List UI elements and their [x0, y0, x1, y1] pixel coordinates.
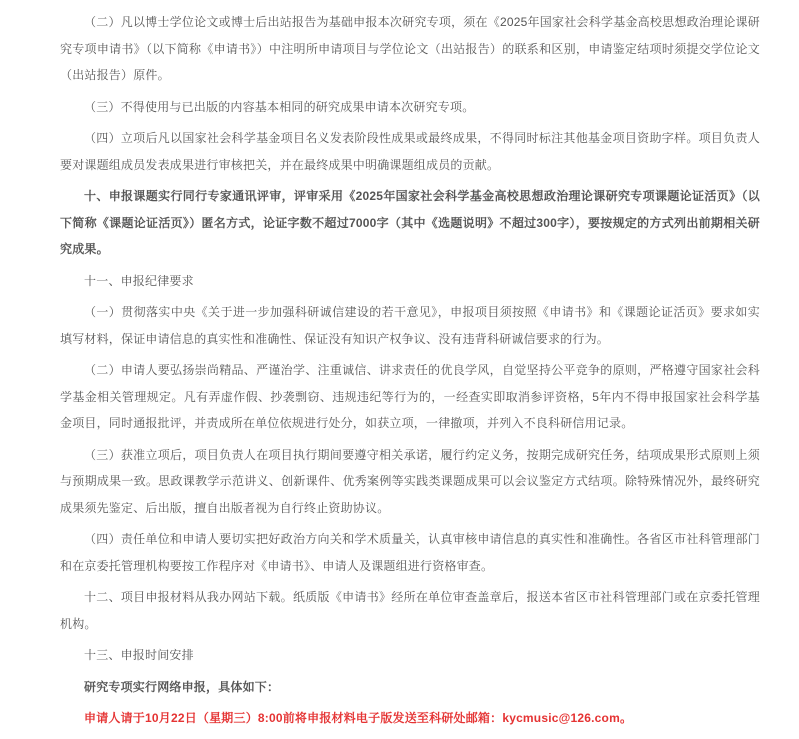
- deadline-notice: 申请人请于10月22日（星期三）8:00前将申报材料电子版发送至科研处邮箱：ky…: [60, 705, 760, 732]
- document-page: （二）凡以博士学位论文或博士后出站报告为基础申报本次研究专项，须在《2025年国…: [0, 0, 799, 739]
- clause-2: （二）凡以博士学位论文或博士后出站报告为基础申报本次研究专项，须在《2025年国…: [60, 9, 760, 89]
- document-body: （二）凡以博士学位论文或博士后出站报告为基础申报本次研究专项，须在《2025年国…: [60, 9, 760, 732]
- section-10-review: 十、申报课题实行同行专家通讯评审，评审采用《2025年国家社会科学基金高校思想政…: [60, 183, 760, 263]
- discipline-2: （二）申请人要弘扬崇尚精品、严谨治学、注重诚信、讲求责任的优良学风，自觉坚持公平…: [60, 357, 760, 437]
- section-12-materials: 十二、项目申报材料从我办网站下载。纸质版《申请书》经所在单位审查盖章后，报送本省…: [60, 584, 760, 637]
- clause-4: （四）立项后凡以国家社会科学基金项目名义发表阶段性成果或最终成果，不得同时标注其…: [60, 125, 760, 178]
- online-application-note: 研究专项实行网络申报，具体如下：: [60, 674, 760, 701]
- discipline-4: （四）责任单位和申请人要切实把好政治方向关和学术质量关，认真审核申请信息的真实性…: [60, 526, 760, 579]
- discipline-1: （一）贯彻落实中央《关于进一步加强科研诚信建设的若干意见》，申报项目须按照《申请…: [60, 299, 760, 352]
- discipline-3: （三）获准立项后，项目负责人在项目执行期间要遵守相关承诺，履行约定义务，按期完成…: [60, 442, 760, 522]
- section-13-heading: 十三、申报时间安排: [60, 642, 760, 669]
- section-11-heading: 十一、申报纪律要求: [60, 268, 760, 295]
- clause-3: （三）不得使用与已出版的内容基本相同的研究成果申请本次研究专项。: [60, 94, 760, 121]
